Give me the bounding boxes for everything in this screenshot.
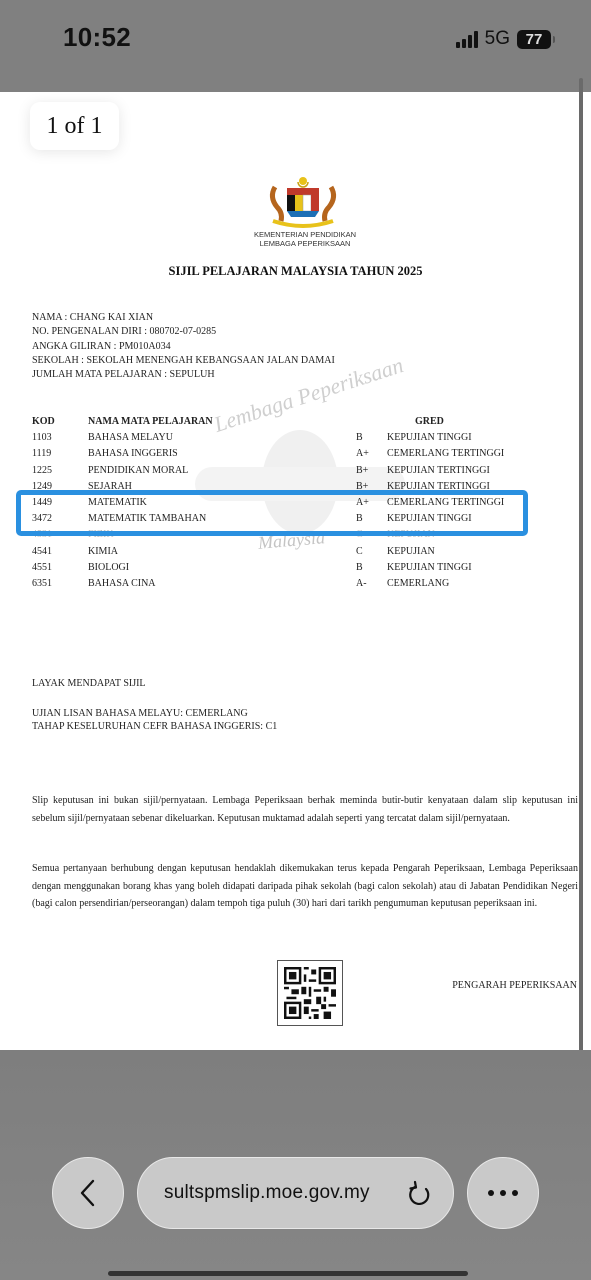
grade-description: KEPUJIAN TINGGI xyxy=(387,430,472,446)
subject-grade: B xyxy=(356,560,363,576)
more-icon xyxy=(487,1189,519,1197)
pdf-page: 1 of 1 KEMENTERIAN PENDIDIKAN LEMBAGA PE… xyxy=(0,92,591,1050)
scrollbar[interactable] xyxy=(579,78,583,1088)
subject-name: BAHASA CINA xyxy=(88,576,156,592)
subject-code: 4541 xyxy=(32,544,52,560)
subject-code: 1225 xyxy=(32,463,52,479)
header-kod: KOD xyxy=(32,414,55,430)
subject-name: BAHASA INGGERIS xyxy=(88,446,178,462)
subject-grade: C xyxy=(356,544,363,560)
subject-grade: A- xyxy=(356,576,367,592)
subject-grade: B xyxy=(356,430,363,446)
candidate-index: ANGKA GILIRAN : PM010A034 xyxy=(32,340,335,354)
back-button[interactable] xyxy=(52,1157,124,1229)
ministry-line-2: LEMBAGA PEPERIKSAAN xyxy=(200,239,410,248)
header-subject: NAMA MATA PELAJARAN xyxy=(88,414,213,430)
result-row: 1103BAHASA MELAYUBKEPUJIAN TINGGI xyxy=(32,430,572,446)
disclaimer-paragraph: Slip keputusan ini bukan sijil/pernyataa… xyxy=(32,792,578,827)
subject-code: 6351 xyxy=(32,576,52,592)
cefr-result: TAHAP KESELURUHAN CEFR BAHASA INGGERIS: … xyxy=(32,720,277,734)
subject-code: 4551 xyxy=(32,560,52,576)
eligibility: LAYAK MENDAPAT SIJIL xyxy=(32,677,277,691)
subject-grade: A+ xyxy=(356,446,369,462)
status-time: 10:52 xyxy=(63,22,131,53)
reload-icon[interactable] xyxy=(407,1180,433,1208)
result-row: 1119BAHASA INGGERISA+CEMERLANG TERTINGGI xyxy=(32,446,572,462)
subject-grade: B+ xyxy=(356,463,368,479)
document-title: SIJIL PELAJARAN MALAYSIA TAHUN 2025 xyxy=(0,264,591,279)
signatory: PENGARAH PEPERIKSAAN xyxy=(452,980,577,991)
header-grade: GRED xyxy=(415,414,444,430)
candidate-name: NAMA : CHANG KAI XIAN xyxy=(32,311,335,325)
ministry-name: KEMENTERIAN PENDIDIKAN LEMBAGA PEPERIKSA… xyxy=(200,230,410,248)
result-row: 6351BAHASA CINAA-CEMERLANG xyxy=(32,576,572,592)
subject-code: 1103 xyxy=(32,430,52,446)
candidate-subject-count: JUMLAH MATA PELAJARAN : SEPULUH xyxy=(32,368,335,382)
network-type: 5G xyxy=(485,28,510,50)
ministry-line-1: KEMENTERIAN PENDIDIKAN xyxy=(200,230,410,239)
candidate-ic: NO. PENGENALAN DIRI : 080702-07-0285 xyxy=(32,325,335,339)
candidate-school: SEKOLAH : SEKOLAH MENENGAH KEBANGSAAN JA… xyxy=(32,354,335,368)
battery-icon: 77 xyxy=(517,30,551,49)
candidate-info: NAMA : CHANG KAI XIAN NO. PENGENALAN DIR… xyxy=(32,311,335,382)
subject-name: BIOLOGI xyxy=(88,560,129,576)
subject-name: KIMIA xyxy=(88,544,118,560)
status-bar: 10:52 5G 77 xyxy=(0,0,591,92)
subject-name: PENDIDIKAN MORAL xyxy=(88,463,188,479)
highlight-box xyxy=(16,490,528,536)
oral-test-result: UJIAN LISAN BAHASA MELAYU: CEMERLANG xyxy=(32,707,277,721)
result-row: 4551BIOLOGIBKEPUJIAN TINGGI xyxy=(32,560,572,576)
inquiry-paragraph: Semua pertanyaan berhubung dengan keputu… xyxy=(32,860,578,913)
subject-code: 1119 xyxy=(32,446,51,462)
url-text: sultspmslip.moe.gov.my xyxy=(164,1182,370,1204)
grade-description: CEMERLANG TERTINGGI xyxy=(387,446,504,462)
address-bar[interactable]: sultspmslip.moe.gov.my xyxy=(137,1157,454,1229)
status-indicators: 5G 77 xyxy=(456,28,551,50)
qr-code-icon[interactable] xyxy=(277,960,343,1026)
chevron-left-icon xyxy=(77,1178,99,1208)
results-header: KOD NAMA MATA PELAJARAN GRED xyxy=(32,414,572,430)
result-notes: LAYAK MENDAPAT SIJIL UJIAN LISAN BAHASA … xyxy=(32,677,277,734)
grade-description: CEMERLANG xyxy=(387,576,449,592)
result-row: 4541KIMIACKEPUJIAN xyxy=(32,544,572,560)
home-indicator[interactable] xyxy=(108,1271,468,1276)
grade-description: KEPUJIAN TINGGI xyxy=(387,560,472,576)
result-row: 1225PENDIDIKAN MORALB+KEPUJIAN TERTINGGI xyxy=(32,463,572,479)
grade-description: KEPUJIAN TERTINGGI xyxy=(387,463,490,479)
signal-icon xyxy=(456,30,478,48)
grade-description: KEPUJIAN xyxy=(387,544,435,560)
more-button[interactable] xyxy=(467,1157,539,1229)
page-counter: 1 of 1 xyxy=(30,102,119,150)
coat-of-arms-icon xyxy=(265,175,341,229)
subject-name: BAHASA MELAYU xyxy=(88,430,173,446)
